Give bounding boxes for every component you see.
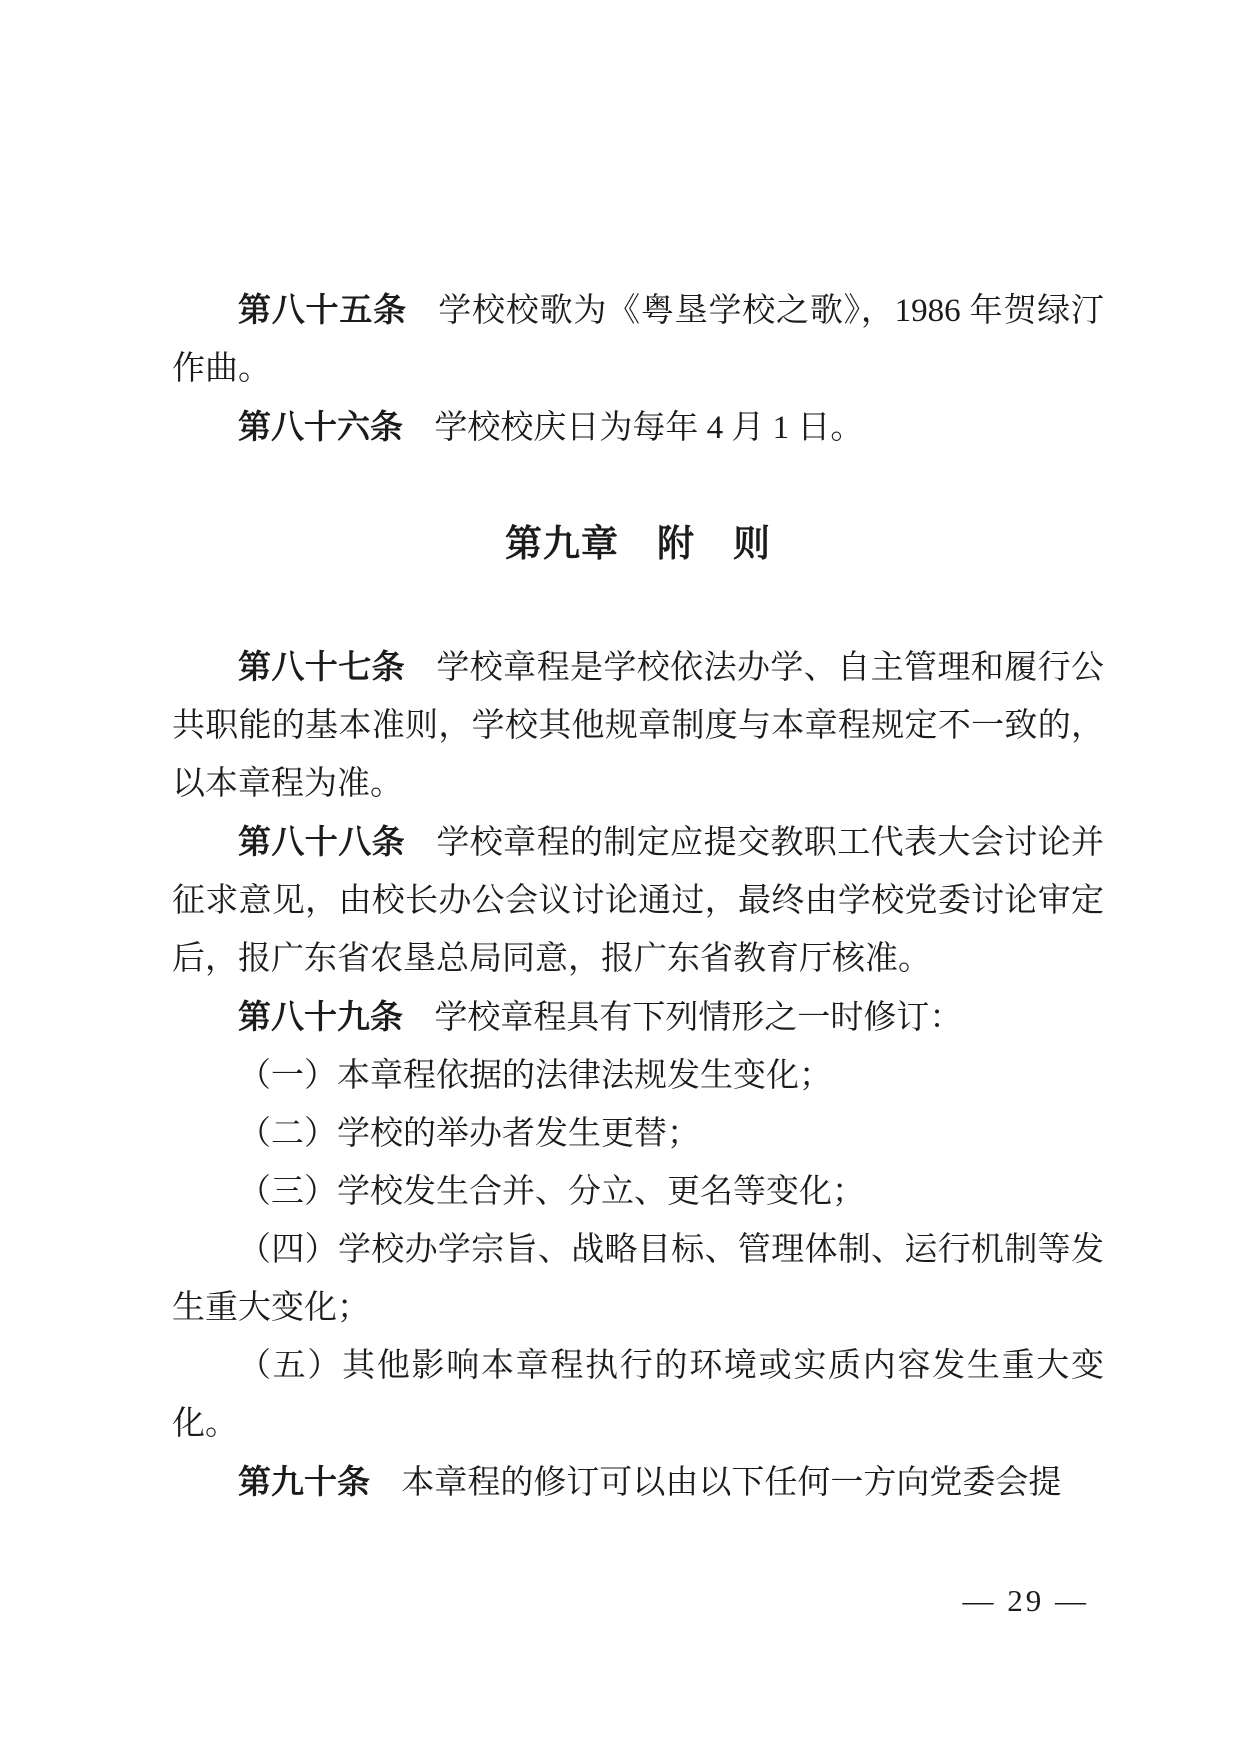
article-90-label: 第九十条 <box>238 1463 370 1500</box>
text-block: 第八十五条学校校歌为《粤垦学校之歌》，1986 年贺绿汀作曲。 第八十六条学校校… <box>172 281 1104 1512</box>
article-90-text: 本章程的修订可以由以下任何一方向党委会提 <box>401 1465 1061 1501</box>
clause-item-1: （一）本章程依据的法律法规发生变化； <box>172 1047 1104 1105</box>
article-89-text: 学校章程具有下列情形之一时修订： <box>434 1000 962 1036</box>
article-86-label: 第八十六条 <box>238 408 403 445</box>
clause-item-4: （四）学校办学宗旨、战略目标、管理体制、运行机制等发生重大变化； <box>172 1221 1104 1337</box>
article-86-text: 学校校庆日为每年 4 月 1 日。 <box>434 410 863 446</box>
article-87-label: 第八十七条 <box>238 648 405 685</box>
article-89: 第八十九条学校章程具有下列情形之一时修订： <box>172 988 1104 1047</box>
article-88: 第八十八条学校章程的制定应提交教职工代表大会讨论并征求意见，由校长办公会议讨论通… <box>172 813 1104 988</box>
page-number: — 29 — <box>963 1583 1090 1619</box>
article-85: 第八十五条学校校歌为《粤垦学校之歌》，1986 年贺绿汀作曲。 <box>172 281 1104 398</box>
clause-item-3: （三）学校发生合并、分立、更名等变化； <box>172 1163 1104 1221</box>
article-88-label: 第八十八条 <box>238 823 405 860</box>
clause-item-2: （二）学校的举办者发生更替； <box>172 1105 1104 1163</box>
article-89-label: 第八十九条 <box>238 998 403 1035</box>
article-87: 第八十七条学校章程是学校依法办学、自主管理和履行公共职能的基本准则，学校其他规章… <box>172 638 1104 813</box>
article-85-label: 第八十五条 <box>238 291 407 328</box>
document-page: 第八十五条学校校歌为《粤垦学校之歌》，1986 年贺绿汀作曲。 第八十六条学校校… <box>0 0 1241 1754</box>
chapter-heading: 第九章 附 则 <box>172 515 1104 573</box>
article-86: 第八十六条学校校庆日为每年 4 月 1 日。 <box>172 398 1104 457</box>
clause-item-5: （五）其他影响本章程执行的环境或实质内容发生重大变化。 <box>172 1337 1104 1453</box>
article-90: 第九十条本章程的修订可以由以下任何一方向党委会提 <box>172 1453 1104 1512</box>
